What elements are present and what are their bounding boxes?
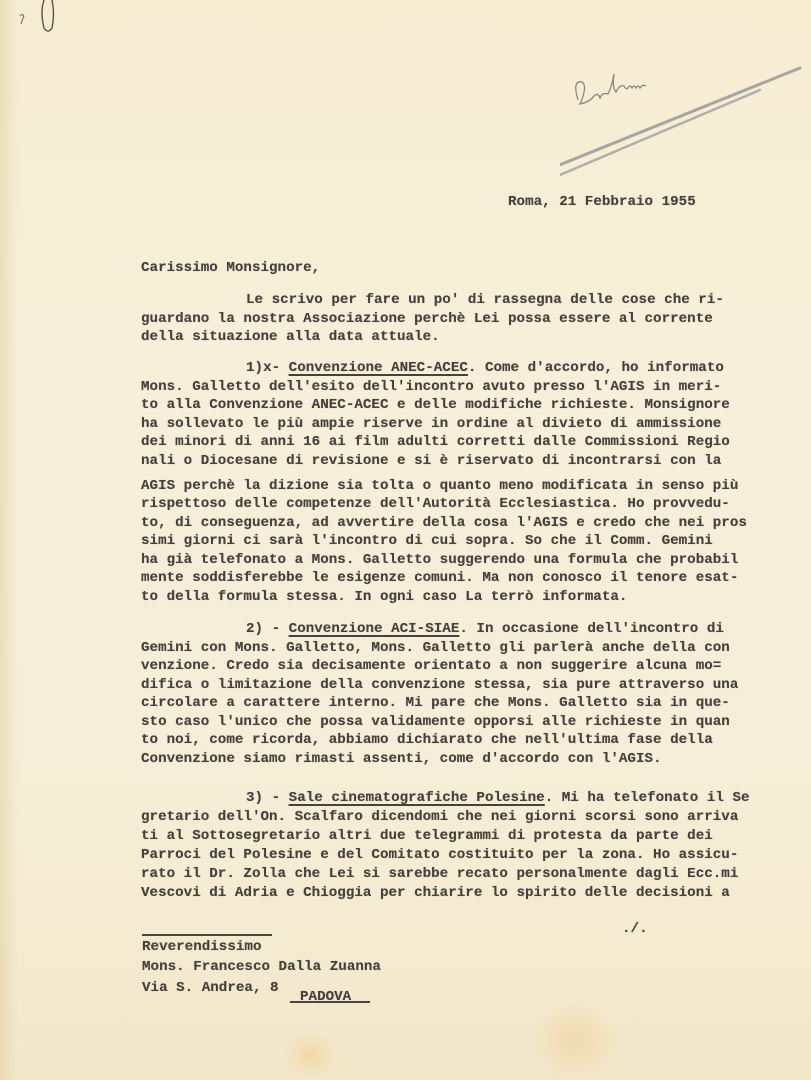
text-line: sto caso l'unico che possa validamente o… — [141, 713, 730, 731]
text-line: to alla Convenzione ANEC-ACEC e delle mo… — [141, 396, 730, 414]
section-title: Convenzione ACI-SIAE — [289, 621, 460, 637]
text-line: nali o Diocesane di revisione e si è ris… — [141, 452, 721, 470]
text-line: gretario dell'On. Scalfaro dicendomi che… — [141, 808, 738, 826]
text-line: Vescovi di Adria e Chioggia per chiarire… — [141, 884, 730, 902]
text-line: Le scrivo per fare un po' di rassegna de… — [246, 291, 724, 309]
section-number: 3) - — [246, 790, 289, 806]
text-line: . Mi ha telefonato il Se — [545, 790, 750, 806]
text-line: Gemini con Mons. Galletto, Mons. Gallett… — [141, 639, 730, 657]
salutation: Carissimo Monsignore, — [141, 259, 320, 277]
text-line: della situazione alla data attuale. — [141, 328, 440, 346]
separator-rule — [142, 934, 272, 936]
text-line: difica o limitazione della convenzione s… — [141, 676, 738, 694]
section-heading: 2) - Convenzione ACI-SIAE. In occasione … — [246, 620, 724, 638]
text-line: ti al Sottosegretario altri due telegram… — [141, 827, 713, 845]
text-line: rispettoso delle competenze dell'Autorit… — [141, 495, 730, 513]
text-line: rato il Dr. Zolla che Lei si sarebbe rec… — [141, 865, 738, 883]
addressee-title: Reverendissimo — [142, 938, 261, 956]
paper-edge — [0, 0, 18, 1080]
section-title: Convenzione ANEC-ACEC — [289, 360, 468, 376]
text-line: ha sollevato le più ampie riserve in ord… — [141, 415, 721, 433]
section-title: Sale cinematografiche Polesine — [289, 790, 545, 806]
addressee-street: Via S. Andrea, 8 — [142, 979, 279, 997]
section-number: 2) - — [246, 621, 289, 637]
section-number: 1)x- — [246, 360, 289, 376]
text-line: dei minori di anni 16 ai film adulti cor… — [141, 433, 730, 451]
text-line: ha già telefonato a Mons. Galletto sugge… — [141, 551, 738, 569]
paper-stain — [530, 1000, 620, 1080]
addressee-city: PADOVA — [300, 988, 351, 1006]
text-line: Convenzione siamo rimasti assenti, come … — [141, 750, 662, 768]
text-line: to della formula stessa. In ogni caso La… — [141, 588, 627, 606]
date-line: Roma, 21 Febbraio 1955 — [508, 193, 696, 211]
handwritten-margin-number — [14, 0, 64, 36]
section-heading: 1)x- Convenzione ANEC-ACEC. Come d'accor… — [246, 359, 724, 377]
text-line: mente soddisferebbe le esigenze comuni. … — [141, 569, 738, 587]
text-line: . In occasione dell'incontro di — [459, 621, 724, 637]
text-line: . Come d'accordo, ho informato — [468, 360, 724, 376]
text-line: Parroci del Polesine e del Comitato cost… — [141, 846, 738, 864]
addressee-name: Mons. Francesco Dalla Zuanna — [142, 958, 381, 976]
text-line: AGIS perchè la dizione sia tolta o quant… — [141, 477, 738, 495]
text-line: simi giorni ci sarà l'incontro di cui so… — [141, 532, 713, 550]
continuation-mark: ./. — [622, 920, 648, 938]
text-line: circolare a carattere interno. Mi pare c… — [141, 694, 730, 712]
text-line: to noi, come ricorda, abbiamo dichiarato… — [141, 731, 713, 749]
handwritten-annotation — [560, 60, 811, 190]
paper-stain — [280, 1030, 340, 1080]
text-line: guardano la nostra Associazione perchè L… — [141, 310, 713, 328]
text-line: to, di conseguenza, ad avvertire della c… — [141, 514, 747, 532]
text-line: venzione. Credo sia decisamente orientat… — [141, 657, 721, 675]
city-underline — [290, 1001, 370, 1003]
text-line: Mons. Galletto dell'esito dell'incontro … — [141, 378, 721, 396]
section-heading: 3) - Sale cinematografiche Polesine. Mi … — [246, 789, 750, 807]
